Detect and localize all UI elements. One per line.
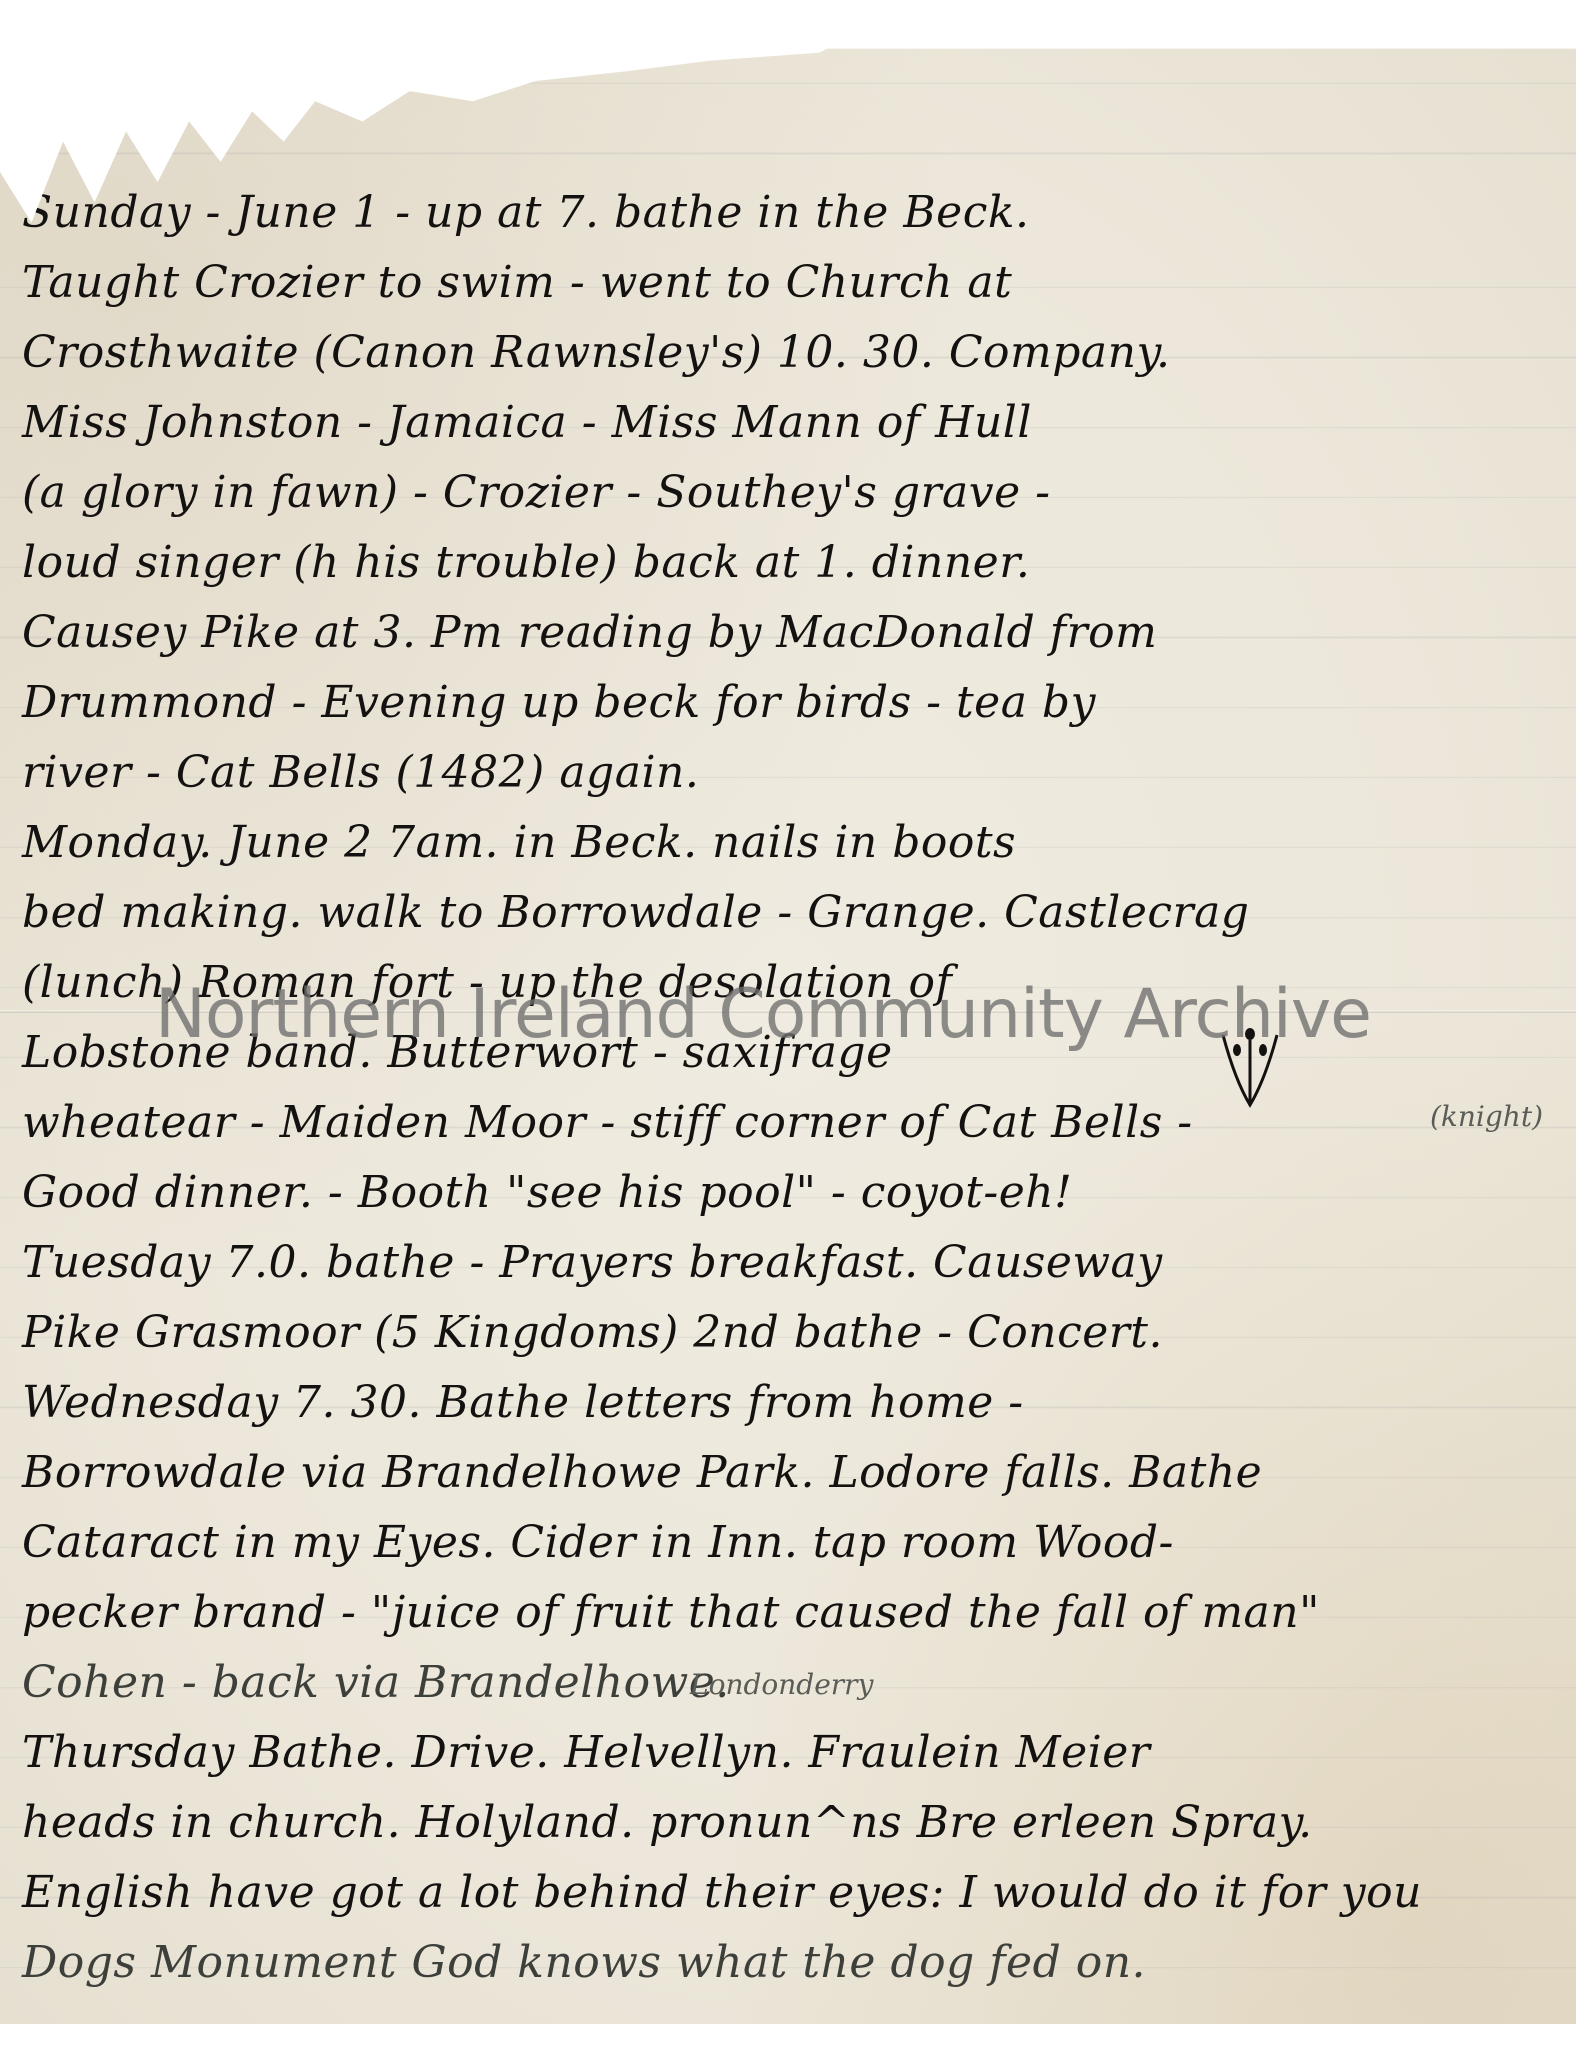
diary-line-6: loud singer (h his trouble) back at 1. d… <box>22 528 1567 598</box>
diary-line-17: Pike Grasmoor (5 Kingdoms) 2nd bathe - C… <box>22 1298 1567 1368</box>
diary-line-19: Borrowdale via Brandelhowe Park. Lodore … <box>22 1438 1567 1508</box>
diary-line-25: English have got a lot behind their eyes… <box>22 1858 1567 1928</box>
diary-line-20: Cataract in my Eyes. Cider in Inn. tap r… <box>22 1508 1567 1578</box>
diary-line-16: Tuesday 7.0. bathe - Prayers breakfast. … <box>22 1228 1567 1298</box>
diary-line-23: Thursday Bathe. Drive. Helvellyn. Fraule… <box>22 1718 1567 1788</box>
diary-line-5: (a glory in fawn) - Crozier - Southey's … <box>22 458 1567 528</box>
archive-watermark: Northern Ireland Community Archive <box>155 975 1371 1054</box>
diary-line-18: Wednesday 7. 30. Bathe letters from home… <box>22 1368 1567 1438</box>
diary-line-26: Dogs Monument God knows what the dog fed… <box>22 1928 1567 1998</box>
diary-line-11: bed making. walk to Borrowdale - Grange.… <box>22 878 1567 948</box>
diary-line-8: Drummond - Evening up beck for birds - t… <box>22 668 1567 738</box>
letter-paper: Sunday - June 1 - up at 7. bathe in the … <box>0 0 1576 2024</box>
diary-line-10: Monday. June 2 7am. in Beck. nails in bo… <box>22 808 1567 878</box>
diary-line-21: pecker brand - "juice of fruit that caus… <box>22 1578 1567 1648</box>
diary-text: Sunday - June 1 - up at 7. bathe in the … <box>22 178 1567 1998</box>
diary-line-2: Taught Crozier to swim - went to Church … <box>22 248 1567 318</box>
diary-line-14: wheatear - Maiden Moor - stiff corner of… <box>22 1088 1567 1158</box>
annotation-knight: (knight) <box>1430 1100 1543 1133</box>
diary-line-4: Miss Johnston - Jamaica - Miss Mann of H… <box>22 388 1567 458</box>
diary-line-3: Crosthwaite (Canon Rawnsley's) 10. 30. C… <box>22 318 1567 388</box>
diary-line-9: river - Cat Bells (1482) again. <box>22 738 1567 808</box>
diary-line-7: Causey Pike at 3. Pm reading by MacDonal… <box>22 598 1567 668</box>
red-wax-stain <box>1325 14 1375 28</box>
annotation-londonderry: Londonderry <box>690 1668 873 1701</box>
diary-line-24: heads in church. Holyland. pronun^ns Bre… <box>22 1788 1567 1858</box>
diary-line-1: Sunday - June 1 - up at 7. bathe in the … <box>22 178 1567 248</box>
diary-line-15: Good dinner. - Booth "see his pool" - co… <box>22 1158 1567 1228</box>
